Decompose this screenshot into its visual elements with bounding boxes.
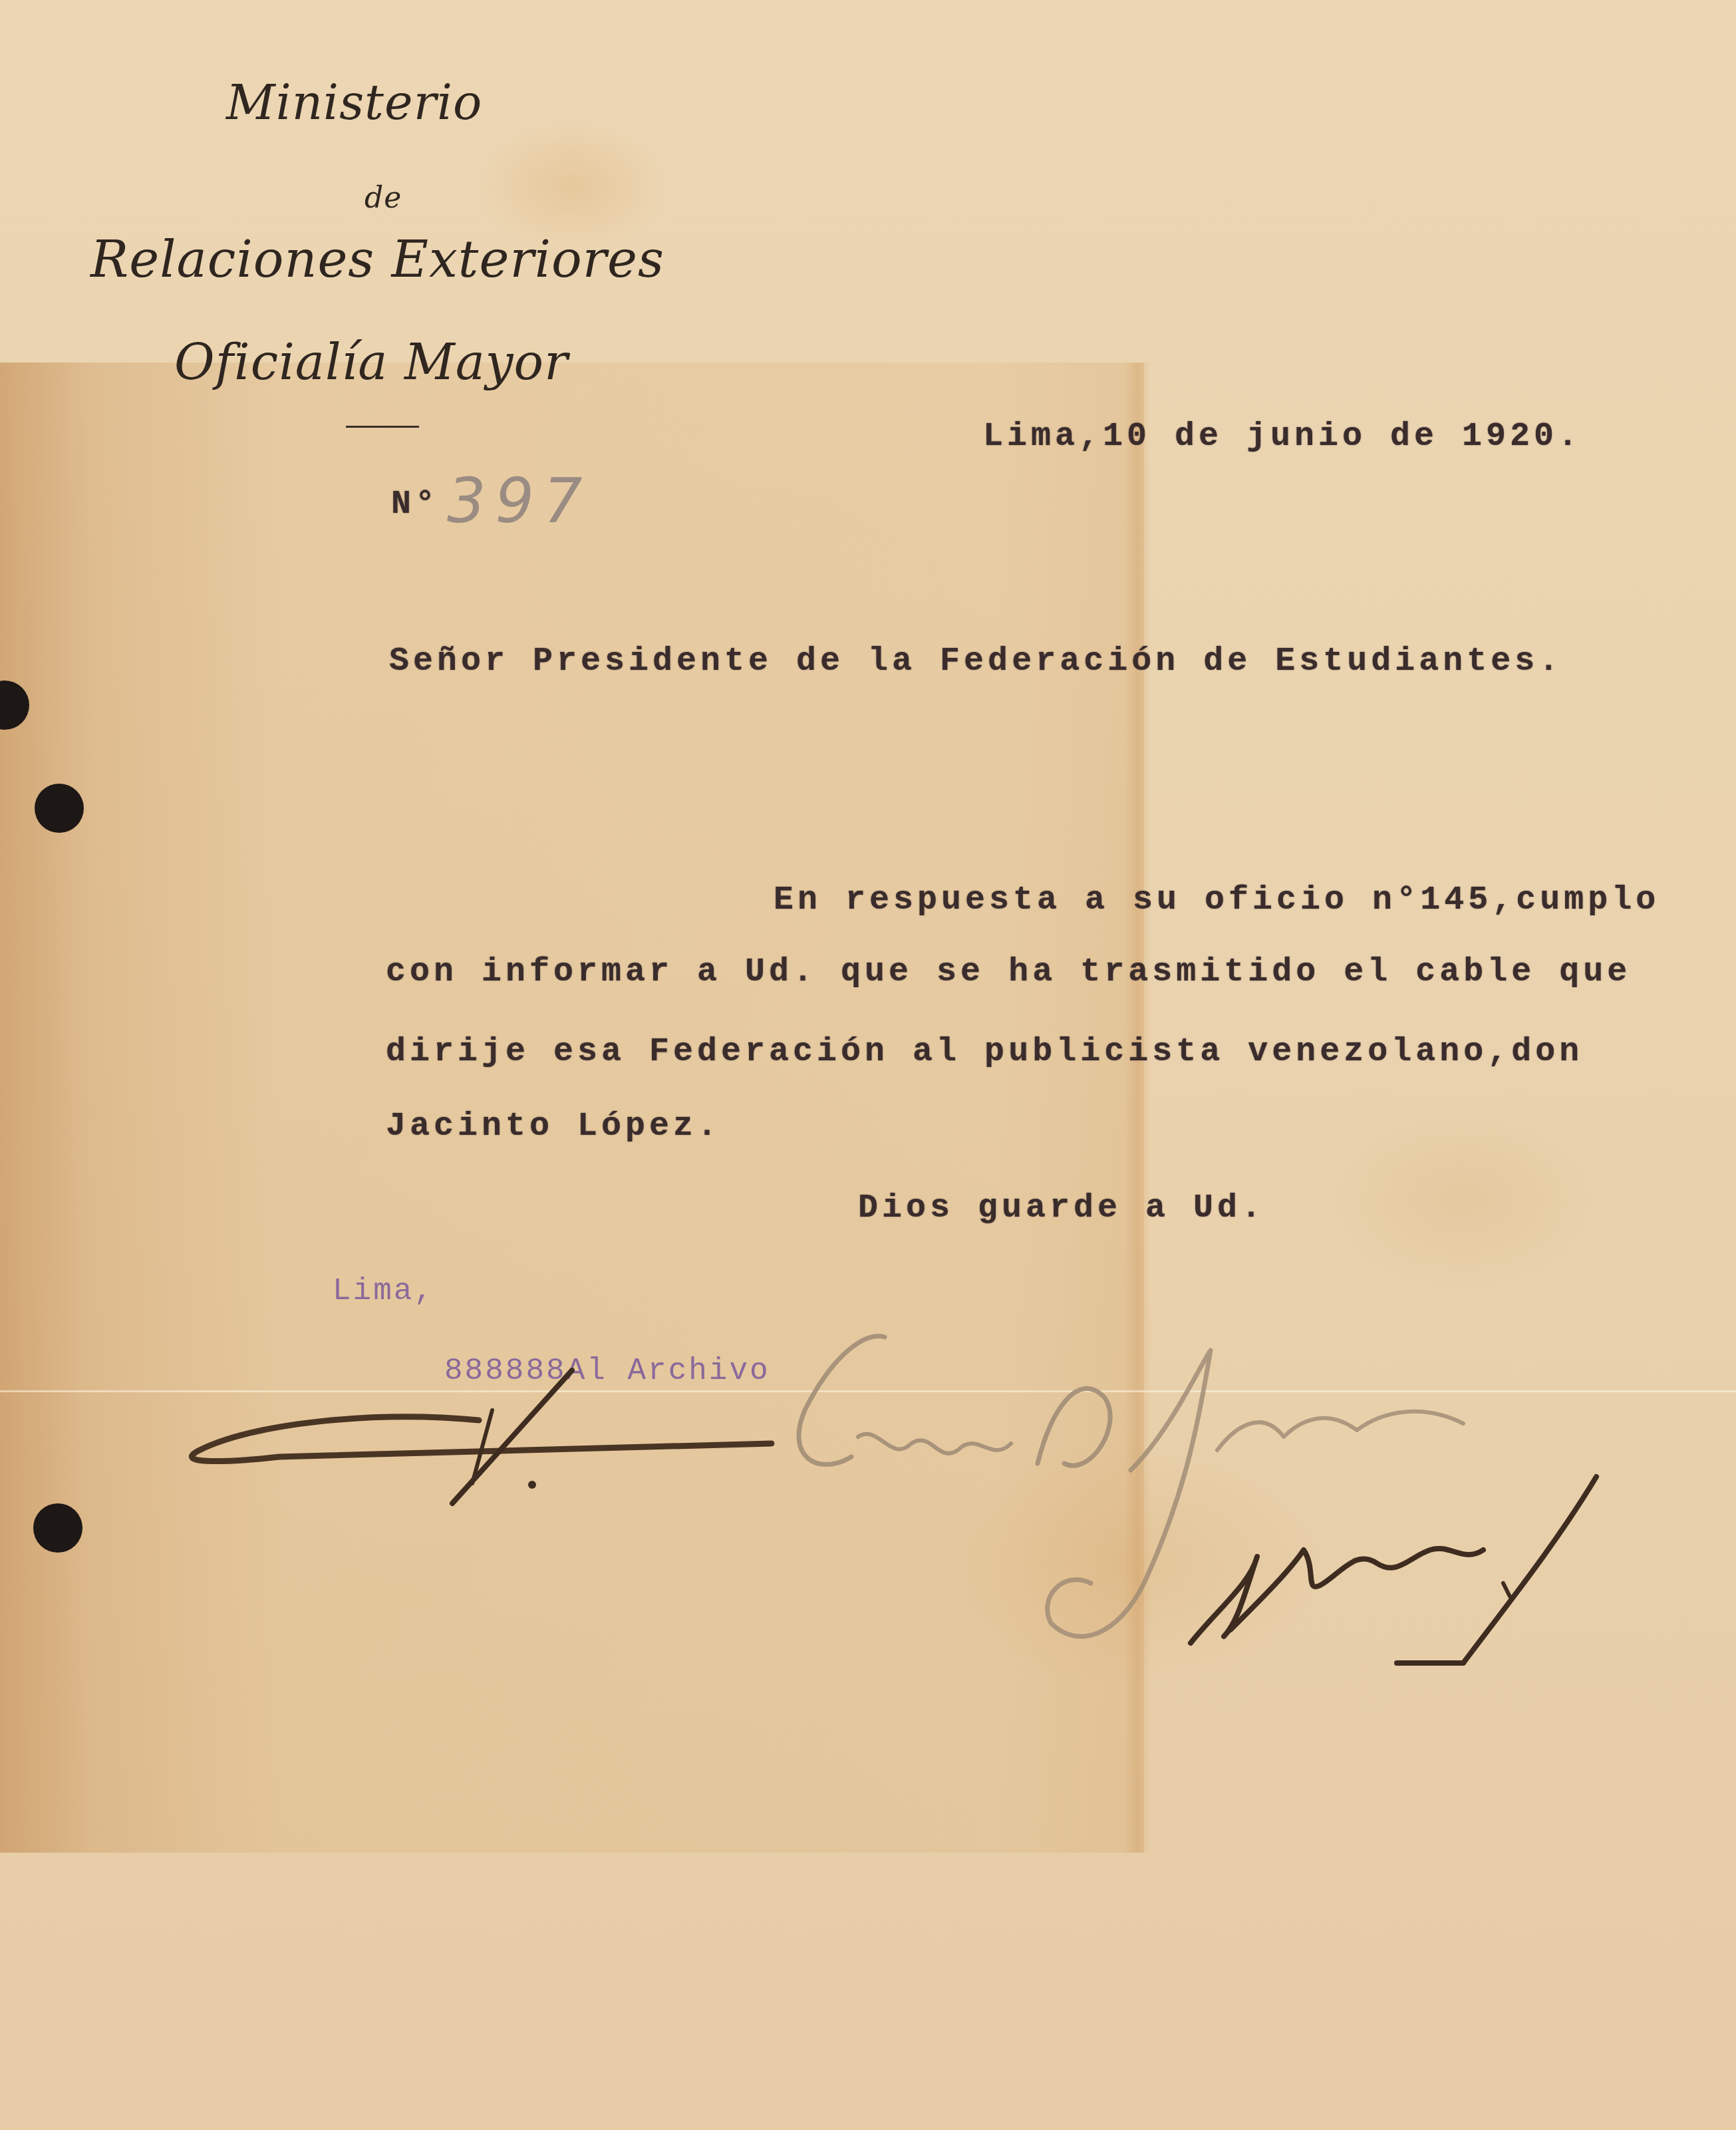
signature-strokes bbox=[0, 0, 1736, 2130]
